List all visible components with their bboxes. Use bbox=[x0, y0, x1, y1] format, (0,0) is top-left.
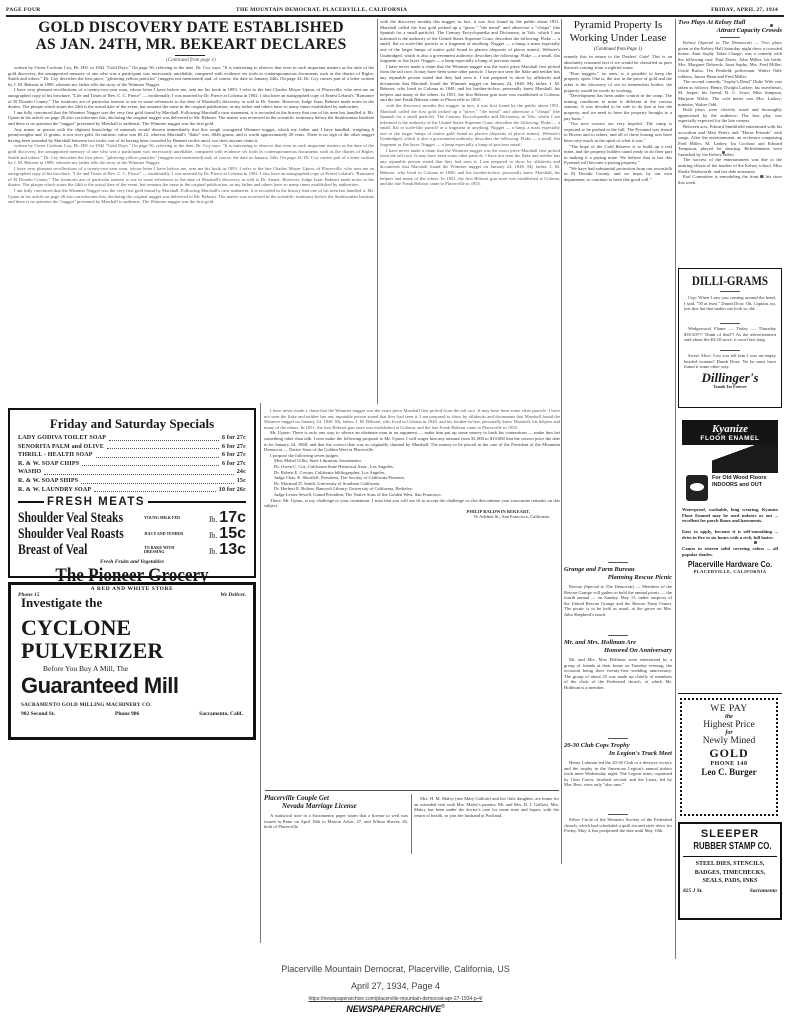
grocery-item-name: SENORITA PALM and OLIVE bbox=[18, 443, 104, 452]
logo-text: NEWSPAPERARCHIVE bbox=[346, 1004, 441, 1014]
hollman-story: Mr. and Mrs. Hollman Are Honored On Anni… bbox=[564, 635, 672, 715]
dilligrams-joke-1: Cop: When I saw you coming around the be… bbox=[684, 295, 776, 321]
fresh-meats-label: FRESH MEATS bbox=[47, 496, 145, 508]
grocery-item: WASHO24c bbox=[18, 468, 246, 477]
gold-ad-line-5: Newly Mined bbox=[682, 736, 776, 746]
couple-story: Placerville Couple Get Nevada Marriage L… bbox=[264, 794, 408, 830]
meat-item: Breast of VealTO BAKE WITH DRESSINGlb. 1… bbox=[18, 542, 246, 558]
grocery-item-name: R. & W. SOAP SHIPS bbox=[18, 477, 78, 486]
hollman-headline-1: Mr. and Mrs. Hollman Are bbox=[564, 639, 672, 647]
main-para-3-repeat: I am fully convinced that the Wimmer Nug… bbox=[8, 188, 374, 205]
mill-company: SACRAMENTO GOLD MILLING MACHINERY CO. bbox=[21, 702, 243, 708]
dilligrams-joke-3: Sweet Alice: Lou you tell him I was an e… bbox=[684, 353, 776, 371]
main-continued: (Continued from page 1) bbox=[6, 58, 376, 63]
mill-phone: Phone 986 bbox=[115, 711, 139, 717]
kyanize-floor-shape: For Old Wood Floors INDOORS and OUT bbox=[712, 445, 778, 505]
kelsey-headline-1: Two Plays At Kelsey Hall bbox=[678, 19, 782, 27]
kyanize-dealer-city: PLACERVILLE, CALIFORNIA bbox=[678, 569, 782, 574]
meat-item-name: Shoulder Veal Steaks bbox=[18, 510, 143, 527]
middle-para-mid: I have never made a claim that the Wimme… bbox=[380, 64, 560, 103]
kyanize-dealer: Placerville Hardware Co. bbox=[686, 559, 774, 569]
grange-story: Grange and Farm Bureau Planning Rescue P… bbox=[564, 562, 672, 626]
kelsey-headline-2: Attract Capacity Crowds bbox=[678, 27, 782, 35]
pioneer-grocery-ad: Friday and Saturday Specials LADY GODIVA… bbox=[8, 408, 256, 578]
leader-dots bbox=[81, 477, 233, 484]
mill-line-4: Before You Buy A Mill, The bbox=[43, 664, 243, 673]
registered-mark-icon: ® bbox=[441, 1004, 444, 1010]
meats-rule-right bbox=[148, 501, 246, 503]
middle-column-lower: I have never made a claim that the Wimme… bbox=[264, 408, 560, 788]
middle-closing: There, Mr. Upton, is my challenge to you… bbox=[264, 498, 560, 509]
stamp-ad-line-1: SLEEPER bbox=[683, 828, 777, 841]
kyanize-body-2: Easy to apply, because it is self-smooth… bbox=[682, 529, 778, 545]
paint-can-label bbox=[690, 483, 704, 491]
kelsey-divider bbox=[720, 37, 740, 38]
couple-body: A statistical note in a Sacramento paper… bbox=[264, 813, 408, 830]
masthead: PAGE FOUR THE MOUNTAIN DEMOCRAT, PLACERV… bbox=[6, 7, 784, 15]
main-story-body: written by Owen Cochran Coy, Ph. HD. in … bbox=[8, 65, 374, 403]
gold-ad-line-6: GOLD bbox=[682, 746, 776, 761]
grocery-item: R. & W. SOAP SHIPS15c bbox=[18, 477, 246, 486]
dilligrams-divider-2 bbox=[720, 323, 740, 324]
grocery-item: LADY GODIVA TOILET SOAP6 for 27c bbox=[18, 434, 246, 443]
main-para-2: I have very pleasant recollections of a … bbox=[8, 87, 374, 109]
meat-item-note: JUICY AND TENDER bbox=[144, 532, 186, 536]
stamp-ad-address: 825 J St. bbox=[683, 888, 703, 894]
headline-divider bbox=[175, 55, 205, 56]
middle-column-top: with the discovery months this nugget; i… bbox=[380, 19, 560, 404]
mill-city: Sacramento, Calif. bbox=[199, 711, 243, 717]
fresh-meats-heading: FRESH MEATS bbox=[18, 496, 246, 508]
kyanize-tagline-1: For Old Wood Floors bbox=[712, 475, 778, 482]
mill-line-2: CYCLONE bbox=[21, 616, 243, 639]
meat-item: Shoulder Veal RoastsJUICY AND TENDERlb. … bbox=[18, 526, 246, 542]
dilligrams-box: DILLI-GRAMS Cop: When I saw you coming a… bbox=[678, 268, 782, 408]
grange-headline-1: Grange and Farm Bureau bbox=[564, 566, 672, 574]
mill-address: 902 Second St. bbox=[21, 711, 55, 717]
stamp-ad-line-3: STEEL DIES, STENCILS, bbox=[683, 860, 777, 869]
column-rule-2 bbox=[561, 19, 562, 864]
gold-ad-line-3: Highest Price bbox=[682, 720, 776, 730]
grocery-item-name: R. & W. LAUNDRY SOAP bbox=[18, 486, 91, 495]
grocery-item-price: 6 for 27c bbox=[222, 451, 246, 460]
leader-dots bbox=[94, 486, 216, 493]
kelsey-para-4: Between acts, Edward Smithfield entertai… bbox=[678, 124, 782, 158]
grocery-item-name: WASHO bbox=[18, 468, 41, 477]
scan-speck bbox=[722, 151, 725, 154]
mill-contact: 902 Second St. Phone 986 Sacramento, Cal… bbox=[21, 711, 243, 717]
club-story: 20-30 Club Cops Trophy In Legion's Track… bbox=[564, 738, 672, 847]
couple-divider bbox=[265, 790, 559, 791]
grocery-item-price: 6 for 27c bbox=[222, 460, 246, 469]
archive-link[interactable]: https://newspaperarchive.com/placerville… bbox=[0, 996, 791, 1002]
cyclone-pulverizer-ad: Investigate the CYCLONE PULVERIZER Befor… bbox=[8, 582, 256, 740]
grocery-item: R. & W. SOAP CHIPS6 for 27c bbox=[18, 460, 246, 469]
kyanize-banner: Kyanize FLOOR ENAMEL bbox=[682, 420, 778, 445]
column-rule-3 bbox=[675, 19, 676, 959]
meat-item-price: lb. 13c bbox=[209, 541, 246, 559]
mill-line-5: Guaranteed Mill bbox=[21, 673, 243, 699]
gold-buyer-ad: WE PAY the Highest Price for Newly Mined… bbox=[680, 698, 778, 816]
kyanize-bottom-rule bbox=[678, 693, 782, 694]
kelsey-para-6: Earl Committee is remodeling the front o… bbox=[678, 174, 782, 185]
stamp-ad-line-4: BADGES, TIMECHECKS, bbox=[683, 869, 777, 878]
grange-divider bbox=[608, 562, 628, 563]
middle-lower-lead: I have never made a claim that the Wimme… bbox=[264, 408, 560, 430]
pyramid-para-3: "Development has been under control in t… bbox=[564, 93, 672, 121]
meats-rule-left bbox=[18, 501, 44, 503]
middle-para-top-repeat: with the discovery months this nugget; i… bbox=[380, 103, 560, 148]
grocery-item-price: 6 for 27c bbox=[222, 443, 246, 452]
pyramid-continued: (Continued from Page 1) bbox=[564, 47, 672, 52]
pyramid-headline-2: Working Under Lease bbox=[564, 32, 672, 45]
date-line: FRIDAY, APRIL 27, 1934 bbox=[711, 7, 778, 13]
newspaper-page: PAGE FOUR THE MOUNTAIN DEMOCRAT, PLACERV… bbox=[0, 0, 791, 1023]
main-para-2-repeat: I have very pleasant recollections of a … bbox=[8, 166, 374, 188]
meat-item: Shoulder Veal SteaksYOUNG MILK FEDlb. 17… bbox=[18, 510, 246, 526]
maley-story: Mrs. H. M. Maley (nee Mary Gallotti) and… bbox=[414, 796, 559, 856]
couple-rule bbox=[411, 794, 412, 854]
kyanize-ad: Kyanize FLOOR ENAMEL For Old Wood Floors… bbox=[678, 412, 782, 582]
scan-speck bbox=[754, 541, 757, 544]
grocery-item-price: 10 for 26c bbox=[219, 486, 246, 495]
stamp-ad-city: Sacramento bbox=[750, 888, 777, 894]
scan-speck bbox=[770, 24, 773, 27]
mill-line-1: Investigate the bbox=[21, 595, 243, 610]
meat-item-note: TO BAKE WITH DRESSING bbox=[144, 546, 186, 555]
grocery-items-list: LADY GODIVA TOILET SOAP6 for 27cSENORITA… bbox=[18, 434, 246, 494]
club-divider bbox=[608, 738, 628, 739]
pyramid-para-5: "The hope of the Gold Reserve is to buil… bbox=[564, 144, 672, 166]
leader-dots bbox=[44, 468, 233, 475]
column-rule-1 bbox=[260, 403, 261, 943]
grocery-ad-title: Friday and Saturday Specials bbox=[18, 416, 246, 431]
newspaperarchive-logo: NEWSPAPERARCHIVE® bbox=[0, 1004, 791, 1014]
hollman-body: Mr. and Mrs. Max Hollman were entertaine… bbox=[564, 657, 672, 715]
pyramid-para-1: remedy this in return to the Dealers' Ga… bbox=[564, 54, 672, 71]
grocery-item: THRILL - HEALTH SOAP6 for 27c bbox=[18, 451, 246, 460]
grocery-item-name: R. & W. SOAP CHIPS bbox=[18, 460, 79, 469]
dilligrams-title: DILLI-GRAMS bbox=[691, 273, 769, 288]
pyramid-para-4: "Our new owners are very hopeful. The ca… bbox=[564, 121, 672, 143]
painter-figure-icon bbox=[682, 445, 712, 505]
grocery-item-name: LADY GODIVA TOILET SOAP bbox=[18, 434, 106, 443]
leader-dots bbox=[96, 451, 219, 458]
mill-line-3: PULVERIZER bbox=[21, 639, 243, 662]
pyramid-story: Pyramid Property Is Working Under Lease … bbox=[564, 19, 672, 344]
kelsey-body: Kelsey (Special to The Democrat) — Two p… bbox=[678, 40, 782, 250]
archive-caption-date: April 27, 1934, Page 4 bbox=[0, 979, 791, 993]
main-headline-line-2: AS JAN. 24TH, MR. BEKEART DECLARES bbox=[6, 36, 376, 53]
archive-caption-title: Placerville Mountain Democrat, Placervil… bbox=[0, 963, 791, 976]
main-para-1: written by Owen Cochran Coy, Ph. HD. in … bbox=[8, 65, 374, 87]
dilligrams-joke-2: Wedgewood Flame — Today — Thursday $39.5… bbox=[684, 326, 776, 348]
club-body: Henry Lohman led the 20-30 Club to a dec… bbox=[564, 760, 672, 812]
main-headline: GOLD DISCOVERY DATE ESTABLISHED AS JAN. … bbox=[6, 19, 376, 53]
grocery-item-price: 6 for 27c bbox=[222, 434, 246, 443]
pyramid-para-2: "Pure nuggets," no ones, is it possible … bbox=[564, 71, 672, 93]
dillingers-tagline: Tonsils Tar Forever bbox=[684, 384, 776, 389]
kyanize-body-1: Waterproof, washable, long wearing, Kyan… bbox=[682, 507, 778, 527]
grocery-item: R. & W. LAUNDRY SOAP10 for 26c bbox=[18, 486, 246, 495]
pyramid-body: remedy this in return to the Dealers' Ga… bbox=[564, 54, 672, 344]
signature-address: Ve Adeline St., San Francisco, Californi… bbox=[264, 514, 560, 520]
judges-list: Miss Mabel Gillis, State Librarian, Sacr… bbox=[264, 458, 560, 497]
paper-line: THE MOUNTAIN DEMOCRAT, PLACERVILLE, CALI… bbox=[236, 7, 407, 13]
grange-body: Rescue (Special to The Democrat) — Membe… bbox=[564, 584, 672, 626]
grocery-item-name: THRILL - HEALTH SOAP bbox=[18, 451, 93, 460]
column-rule-headline bbox=[377, 19, 378, 404]
scan-speck bbox=[760, 175, 763, 178]
grocery-item: SENORITA PALM and OLIVE6 for 27c bbox=[18, 443, 246, 452]
stamp-ad-contact: 825 J St. Sacramento bbox=[683, 888, 777, 894]
meat-item-name: Shoulder Veal Roasts bbox=[18, 526, 143, 543]
kyanize-product: FLOOR ENAMEL bbox=[684, 435, 776, 442]
kyanize-body-3: Comes in sixteen solid covering colors .… bbox=[682, 546, 778, 558]
main-para-4: Any miner or person with the slightest k… bbox=[8, 127, 374, 144]
middle-para-mid-repeat: I have never made a claim that the Wimme… bbox=[380, 148, 560, 187]
middle-challenge: Mr. Upton: There is only one way to sile… bbox=[264, 430, 560, 452]
archive-caption: Placerville Mountain Democrat, Placervil… bbox=[0, 963, 791, 1014]
kelsey-para-5: The success of the entertainment was due… bbox=[678, 157, 782, 174]
meat-items-list: Shoulder Veal SteaksYOUNG MILK FEDlb. 17… bbox=[18, 510, 246, 558]
grocery-item-price: 24c bbox=[237, 468, 246, 477]
gold-ad-line-1: WE PAY bbox=[682, 704, 776, 714]
kyanize-brand: Kyanize bbox=[684, 423, 776, 435]
hollman-divider bbox=[608, 635, 628, 636]
club-headline-1: 20-30 Club Cops Trophy bbox=[564, 742, 672, 750]
stamp-ad-line-5: SEALS, PADS, INKS bbox=[683, 877, 777, 886]
kyanize-illustration: For Old Wood Floors INDOORS and OUT bbox=[682, 445, 778, 505]
dilligrams-divider-3 bbox=[720, 350, 740, 351]
sleeper-stamp-ad: SLEEPER RUBBER STAMP CO. STEEL DIES, STE… bbox=[678, 822, 782, 920]
pyramid-headline-1: Pyramid Property Is bbox=[564, 19, 672, 32]
floor-stripe-icon bbox=[712, 445, 778, 473]
couple-headline-2: Nevada Marriage License bbox=[264, 802, 408, 810]
club-divider-2 bbox=[608, 814, 628, 815]
dillingers-logo: Dillinger's bbox=[684, 371, 776, 384]
leader-dots bbox=[82, 460, 219, 467]
meat-item-note: YOUNG MILK FED bbox=[144, 516, 186, 520]
kelsey-para-3: Both plays were cleverly acted and thoro… bbox=[678, 107, 782, 124]
kelsey-para-2: The second comedy, "Sophy's Dead" Didie … bbox=[678, 79, 782, 107]
page-label: PAGE FOUR bbox=[6, 7, 41, 13]
grange-headline-2: Planning Rescue Picnic bbox=[564, 574, 672, 582]
hollman-headline-2: Honored On Anniversary bbox=[564, 647, 672, 655]
stamp-ad-line-2: RUBBER STAMP CO. bbox=[693, 841, 766, 853]
main-para-3: I am fully convinced that the Wimmer Nug… bbox=[8, 110, 374, 127]
pyramid-para-6: "We have had substantial protection from… bbox=[564, 166, 672, 183]
masthead-rule bbox=[6, 15, 784, 17]
gold-ad-line-8: Leo C. Burger bbox=[682, 767, 776, 777]
main-headline-line-1: GOLD DISCOVERY DATE ESTABLISHED bbox=[6, 19, 376, 36]
leader-dots bbox=[107, 443, 219, 450]
kelsey-para-1: Kelsey (Special to The Democrat) — Two p… bbox=[678, 40, 782, 79]
meat-item-name: Breast of Veal bbox=[18, 542, 143, 559]
main-para-1-repeat: written by Owen Cochran Coy, Ph. HD. in … bbox=[8, 143, 374, 165]
kyanize-tagline-2: INDOORS and OUT bbox=[712, 482, 778, 489]
couple-headline-1: Placerville Couple Get bbox=[264, 794, 408, 802]
grocery-item-price: 15c bbox=[237, 477, 246, 486]
stamp-ad-rule bbox=[683, 856, 777, 857]
dilligrams-divider-1 bbox=[720, 291, 740, 292]
leader-dots bbox=[109, 434, 219, 441]
club-headline-2: In Legion's Track Meet bbox=[564, 750, 672, 758]
club-body-2: Silver Circle of the Women's Society of … bbox=[564, 817, 672, 847]
kelsey-story: Two Plays At Kelsey Hall Attract Capacit… bbox=[678, 19, 782, 250]
middle-para-top: with the discovery months this nugget; i… bbox=[380, 19, 560, 64]
